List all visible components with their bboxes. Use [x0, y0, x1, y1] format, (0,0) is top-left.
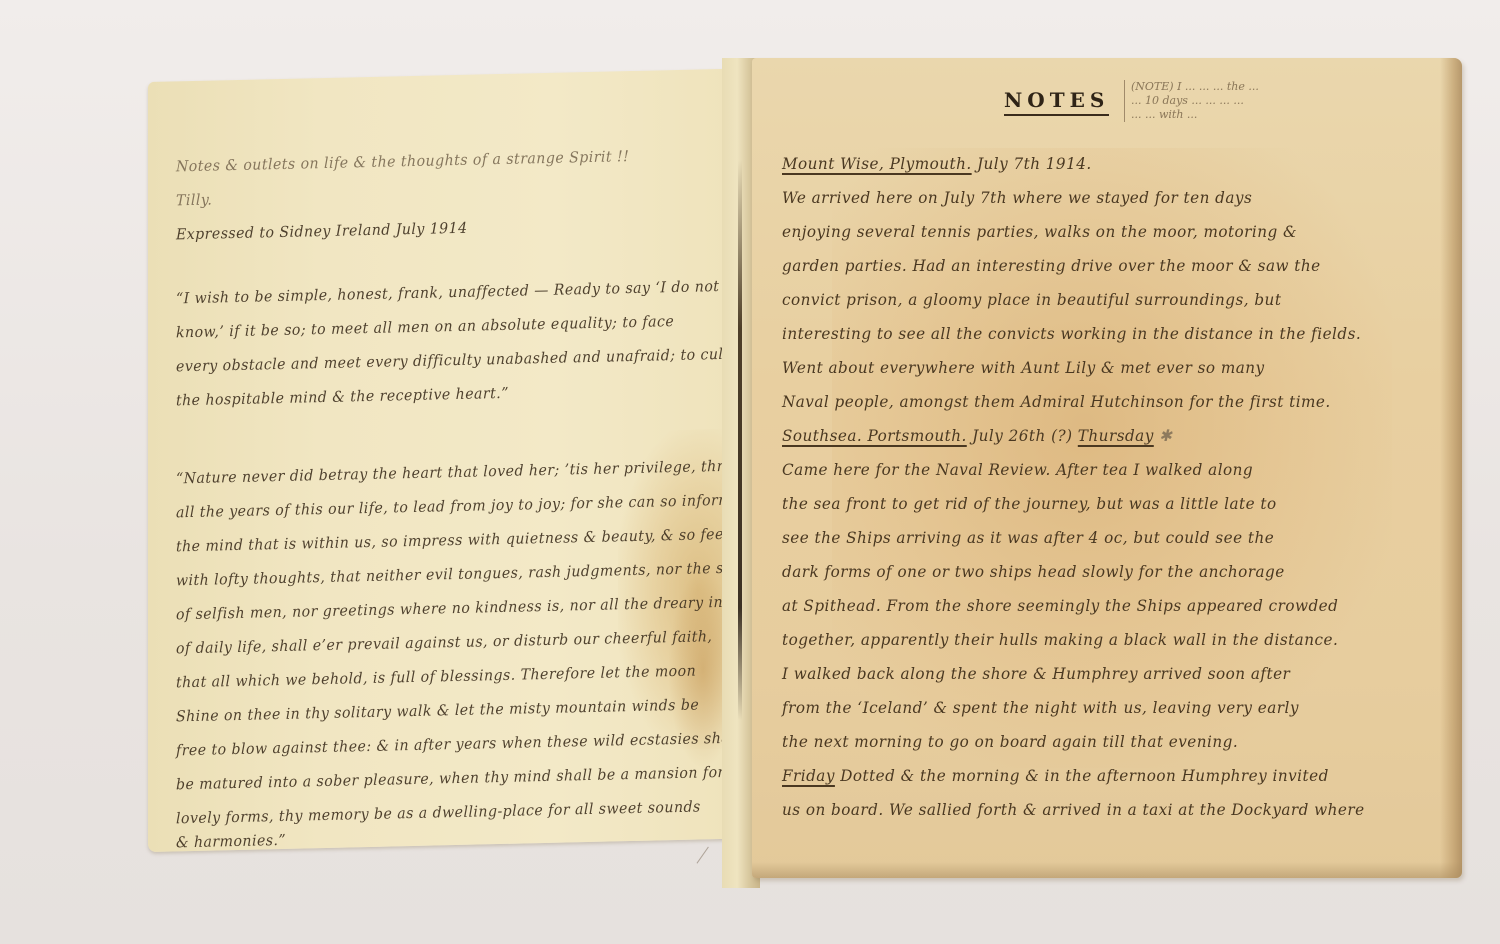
page-edges — [1440, 58, 1462, 878]
margin-note-line: (NOTE) I ... ... ... the ... — [1131, 80, 1259, 94]
handwritten-line: free to blow against thee: & in after ye… — [176, 731, 728, 759]
open-notebook: Notes & outlets on life & the thoughts o… — [0, 0, 1500, 944]
place-heading: Southsea. Portsmouth. — [782, 426, 967, 445]
handwritten-line: lovely forms, thy memory be as a dwellin… — [176, 799, 701, 826]
entry-date: July 7th 1914. — [972, 154, 1092, 173]
entry-heading: Mount Wise, Plymouth. July 7th 1914. — [782, 156, 1092, 172]
entry-heading: Southsea. Portsmouth. July 26th (?) Thur… — [782, 428, 1172, 444]
handwritten-line: every obstacle and meet every difficulty… — [176, 346, 728, 374]
handwritten-line: convict prison, a gloomy place in beauti… — [782, 292, 1281, 308]
day-heading: Friday — [782, 766, 835, 785]
handwritten-line: at Spithead. From the shore seemingly th… — [782, 598, 1338, 614]
margin-note-line: ... 10 days ... ... ... ... — [1131, 94, 1259, 108]
handwritten-line: be matured into a sober pleasure, when t… — [176, 764, 728, 792]
handwritten-line: dark forms of one or two ships head slow… — [782, 564, 1285, 580]
handwritten-line: “I wish to be simple, honest, frank, una… — [176, 279, 719, 306]
handwritten-line: from the ‘Iceland’ & spent the night wit… — [782, 700, 1299, 716]
right-page: NOTES (NOTE) I ... ... ... the ... ... 1… — [752, 58, 1462, 878]
left-page-text: Notes & outlets on life & the thoughts o… — [176, 147, 716, 159]
handwritten-text: Dotted & the morning & in the afternoon … — [835, 766, 1329, 785]
handwritten-line: garden parties. Had an interesting drive… — [782, 258, 1321, 274]
margin-note: (NOTE) I ... ... ... the ... ... 10 days… — [1124, 80, 1259, 122]
place-heading: Mount Wise, Plymouth. — [782, 154, 972, 173]
day-heading: Thursday — [1078, 426, 1154, 445]
spine-crease — [738, 160, 742, 720]
left-page: Notes & outlets on life & the thoughts o… — [148, 69, 728, 852]
handwritten-line: the next morning to go on board again ti… — [782, 734, 1238, 750]
entry-heading: Friday Dotted & the morning & in the aft… — [782, 768, 1329, 784]
handwritten-line: us on board. We sallied forth & arrived … — [782, 802, 1365, 818]
handwritten-line: Naval people, amongst them Admiral Hutch… — [782, 394, 1331, 410]
handwritten-line: Notes & outlets on life & the thoughts o… — [176, 149, 629, 174]
page-heading: NOTES — [1004, 88, 1109, 116]
handwritten-line: the hospitable mind & the receptive hear… — [176, 386, 509, 409]
asterisk-mark-icon: ✱ — [1154, 426, 1173, 445]
page-edges — [752, 862, 1462, 878]
handwritten-line: Expressed to Sidney Ireland July 1914 — [176, 221, 468, 243]
entry-date: July 26th (?) — [967, 426, 1078, 445]
handwritten-line: enjoying several tennis parties, walks o… — [782, 224, 1297, 240]
margin-note-line: ... ... with ... — [1131, 108, 1259, 122]
handwritten-line: Came here for the Naval Review. After te… — [782, 462, 1253, 478]
handwritten-line: know,’ if it be so; to meet all men on a… — [176, 314, 674, 340]
handwritten-line: We arrived here on July 7th where we sta… — [782, 190, 1252, 206]
handwritten-line: Tilly. — [176, 193, 212, 209]
handwritten-line: together, apparently their hulls making … — [782, 632, 1338, 648]
handwritten-line: see the Ships arriving as it was after 4… — [782, 530, 1274, 546]
handwritten-line: Went about everywhere with Aunt Lily & m… — [782, 360, 1265, 376]
handwritten-line: & harmonies.” — [176, 833, 286, 850]
handwritten-line: I walked back along the shore & Humphrey… — [782, 666, 1290, 682]
handwritten-line: interesting to see all the convicts work… — [782, 326, 1361, 342]
handwritten-line: the sea front to get rid of the journey,… — [782, 496, 1277, 512]
